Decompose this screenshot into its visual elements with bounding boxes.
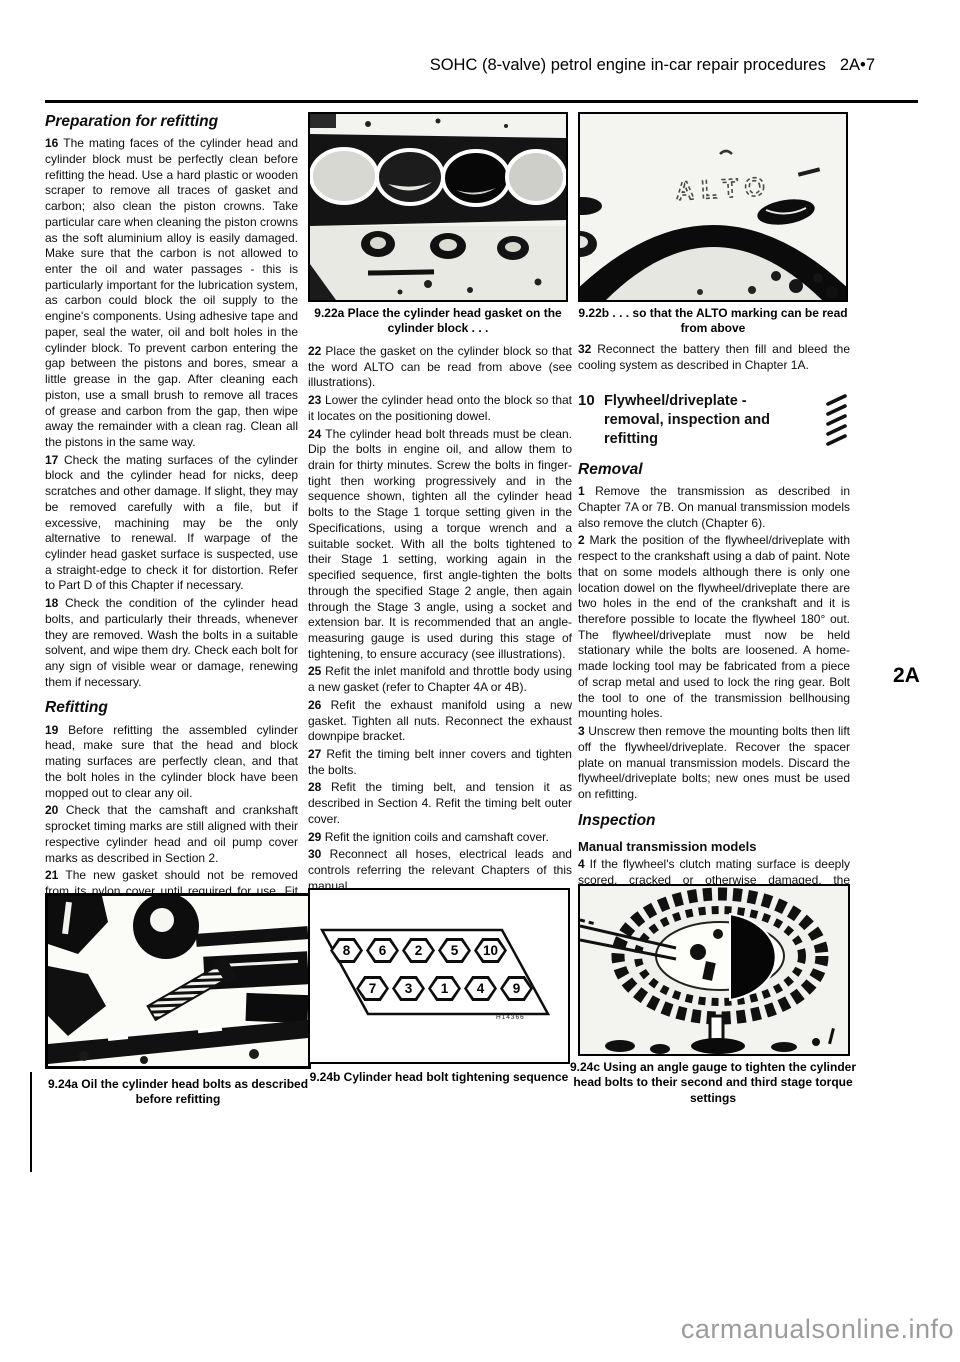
section-number: 10 — [578, 392, 604, 409]
bolt-sequence-number: 5 — [441, 941, 468, 960]
bolt-sequence-number: 4 — [467, 979, 494, 998]
figure-9-24c-caption: 9.24c Using an angle gauge to tighten th… — [566, 1060, 860, 1106]
bolt-sequence-number: 6 — [369, 941, 396, 960]
step-paragraph: 25 Refit the inlet manifold and throttle… — [308, 664, 572, 695]
alto-stamp-text: ALTO — [675, 171, 773, 206]
bolt-sequence-number: 2 — [405, 941, 432, 960]
step-number: 22 — [308, 344, 325, 358]
figure-9-24a-photo — [45, 893, 311, 1069]
block-lower-face — [310, 226, 566, 300]
step-paragraph: 20 Check that the camshaft and crankshaf… — [45, 803, 298, 866]
figure-9-22b-photo: ALTO — [578, 112, 848, 302]
section-heading: Inspection — [578, 811, 850, 831]
step-paragraph: 22 Place the gasket on the cylinder bloc… — [308, 344, 572, 391]
bolt-nut: 5 — [438, 938, 471, 963]
step-number: 4 — [578, 857, 590, 871]
step-paragraph: 3 Unscrew then remove the mounting bolts… — [578, 724, 850, 803]
bolt-nut: 1 — [428, 976, 461, 1001]
step-number: 26 — [308, 698, 331, 712]
figure-9-22a-photo — [308, 112, 568, 302]
middle-text-column: 22 Place the gasket on the cylinder bloc… — [308, 344, 572, 914]
step-number: 28 — [308, 780, 331, 794]
step-paragraph: 26 Refit the exhaust manifold using a ne… — [308, 698, 572, 745]
illustration-code: H14366 — [496, 1014, 525, 1021]
step-number: 18 — [45, 596, 65, 610]
watermark-text: carmanualsonline.info — [681, 1314, 954, 1345]
section-10-heading: 10 Flywheel/driveplate - removal, inspec… — [578, 392, 850, 449]
step-paragraph: 29 Refit the ignition coils and camshaft… — [308, 830, 572, 846]
step-number: 30 — [308, 847, 330, 861]
step-number: 3 — [578, 724, 588, 738]
oiling-head-bolts-photo — [48, 896, 308, 1066]
step-paragraph: 32 Reconnect the battery then fill and b… — [578, 342, 850, 373]
figure-9-22b-caption: 9.22b . . . so that the ALTO marking can… — [574, 306, 852, 337]
page-number: 2A•7 — [840, 56, 875, 74]
difficulty-rating-icon — [772, 392, 850, 446]
figure-9-24b-caption: 9.24b Cylinder head bolt tightening sequ… — [308, 1070, 570, 1085]
step-paragraph: 1 Remove the transmission as described i… — [578, 484, 850, 531]
bolt-nut: 8 — [330, 938, 363, 963]
bolt-row-bottom: 73149 — [356, 976, 533, 1001]
step-paragraph: 28 Refit the timing belt, and tension it… — [308, 780, 572, 827]
sub-heading: Manual transmission models — [578, 838, 850, 855]
step-paragraph: 24 The cylinder head bolt threads must b… — [308, 427, 572, 663]
step-paragraph: 19 Before refitting the assembled cylind… — [45, 723, 298, 802]
bolt-nut: 10 — [474, 938, 507, 963]
manual-page: SOHC (8-valve) petrol engine in-car repa… — [0, 0, 960, 1362]
bolt-sequence-number: 8 — [333, 941, 360, 960]
bolt-nut: 7 — [356, 976, 389, 1001]
step-paragraph: 2 Mark the position of the flywheel/driv… — [578, 533, 850, 722]
step-number: 16 — [45, 136, 63, 150]
figure-9-24c-photo — [578, 884, 850, 1056]
right-text-column: Removal1 Remove the transmission as desc… — [578, 460, 850, 906]
bolt-nut: 9 — [500, 976, 533, 1001]
alto-marking-photo: ALTO — [580, 114, 846, 300]
section-heading: Preparation for refitting — [45, 112, 298, 132]
step-number: 23 — [308, 393, 325, 407]
step-number: 19 — [45, 723, 68, 737]
cylinder-block-gasket-photo — [310, 114, 566, 300]
step-paragraph: 18 Check the condition of the cylinder h… — [45, 596, 298, 690]
step-number: 1 — [578, 484, 595, 498]
step-paragraph: 27 Refit the timing belt inner covers an… — [308, 747, 572, 778]
step-paragraph: 23 Lower the cylinder head onto the bloc… — [308, 393, 572, 424]
step-number: 27 — [308, 747, 326, 761]
step-paragraph: 17 Check the mating surfaces of the cyli… — [45, 453, 298, 594]
page-fold-line — [30, 1072, 32, 1172]
figure-9-22a-caption: 9.22a Place the cylinder head gasket on … — [304, 306, 572, 337]
step-number: 17 — [45, 453, 64, 467]
step-number: 2 — [578, 533, 590, 547]
bolt-nut: 6 — [366, 938, 399, 963]
bolt-sequence-number: 10 — [477, 941, 504, 960]
gauge-dial — [618, 894, 822, 1018]
bolt-sequence-number: 1 — [431, 979, 458, 998]
section-heading: Refitting — [45, 698, 298, 718]
bolt-sequence-number: 7 — [359, 979, 386, 998]
bolt-nut: 4 — [464, 976, 497, 1001]
bolt-nut: 3 — [392, 976, 425, 1001]
step-number: 20 — [45, 803, 66, 817]
bolt-row-top: 862510 — [330, 938, 507, 963]
page-header-title: SOHC (8-valve) petrol engine in-car repa… — [430, 56, 826, 74]
bolt-sequence-number: 9 — [503, 979, 530, 998]
angle-gauge-photo — [580, 886, 848, 1054]
section-title: Flywheel/driveplate - removal, inspectio… — [604, 392, 772, 449]
step-number: 32 — [578, 342, 597, 356]
chapter-side-tab: 2A — [893, 664, 920, 688]
page-header: SOHC (8-valve) petrol engine in-car repa… — [45, 56, 875, 75]
step-number: 21 — [45, 868, 65, 882]
step-number: 24 — [308, 427, 325, 441]
section-heading: Removal — [578, 460, 850, 480]
right-text-column-intro: 32 Reconnect the battery then fill and b… — [578, 342, 850, 375]
left-text-column: Preparation for refitting16 The mating f… — [45, 112, 298, 949]
step-paragraph: 16 The mating faces of the cylinder head… — [45, 136, 298, 450]
figure-9-24a-caption: 9.24a Oil the cylinder head bolts as des… — [45, 1077, 311, 1108]
header-rule — [45, 100, 918, 103]
step-number: 25 — [308, 664, 325, 678]
bolt-nut: 2 — [402, 938, 435, 963]
step-number: 29 — [308, 830, 325, 844]
bolt-sequence-number: 3 — [395, 979, 422, 998]
figure-9-24b-diagram: 862510 73149 H14366 — [308, 888, 570, 1064]
